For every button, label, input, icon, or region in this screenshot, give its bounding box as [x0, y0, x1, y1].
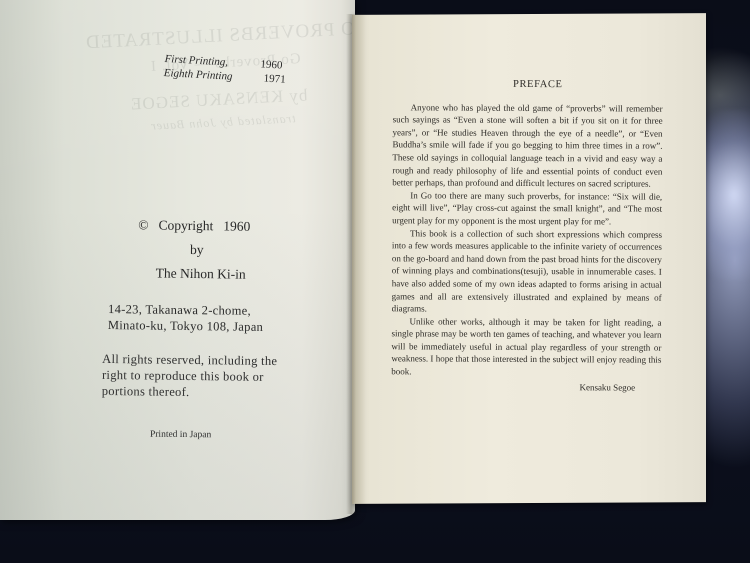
- copyright-year: 1960: [223, 214, 250, 238]
- rights-notice: All rights reserved, including the right…: [102, 351, 278, 401]
- publisher-address: 14-23, Takanawa 2-chome, Minato-ku, Toky…: [108, 301, 264, 335]
- bleed-through-text: by KENSAKU SEGOE: [130, 85, 308, 114]
- printing-label: Eighth Printing: [163, 66, 264, 86]
- copyright-notice: © Copyright 1960 by The Nihon Ki-in: [138, 213, 251, 287]
- copyright-line: © Copyright 1960: [138, 213, 250, 239]
- rights-line: portions thereof.: [102, 383, 277, 401]
- preface-paragraph: This book is a collection of such short …: [392, 227, 662, 317]
- printing-year: 1960: [260, 57, 283, 72]
- copyright-by: by: [138, 237, 250, 263]
- address-line: Minato-ku, Tokyo 108, Japan: [108, 317, 263, 335]
- printed-in: Printed in Japan: [150, 430, 211, 441]
- printing-year: 1971: [263, 72, 286, 87]
- preface-paragraph: Anyone who has played the old game of “p…: [392, 101, 662, 191]
- preface-paragraph: In Go too there are many such proverbs, …: [392, 189, 662, 228]
- preface-paragraph: Unlike other works, although it may be t…: [391, 315, 661, 379]
- printing-history: First Printing, 1960 Eighth Printing 197…: [163, 52, 286, 87]
- preface: PREFACE Anyone who has played the old ga…: [391, 78, 663, 394]
- address-line: 14-23, Takanawa 2-chome,: [108, 301, 263, 319]
- bleed-through-text: Go Proverbs — Vol. I: [150, 51, 301, 76]
- printing-row: First Printing, 1960: [164, 52, 287, 73]
- author-signature: Kensaku Segoe: [391, 380, 661, 394]
- preface-title: PREFACE: [393, 78, 663, 92]
- rights-line: right to reproduce this book or: [102, 367, 277, 385]
- bleed-through-text: translated by John Bauer: [150, 111, 296, 134]
- left-page: GO PROVERBS ILLUSTRATED Go Proverbs — Vo…: [0, 0, 355, 520]
- book-spine: [346, 14, 356, 514]
- copyright-label: Copyright: [158, 214, 213, 239]
- printing-label: First Printing,: [164, 52, 261, 71]
- bleed-through-text: GO PROVERBS ILLUSTRATED: [85, 18, 371, 55]
- rights-line: All rights reserved, including the: [102, 351, 277, 369]
- publisher-name: The Nihon Ki-in: [138, 261, 250, 287]
- printing-row: Eighth Printing 1971: [163, 66, 286, 87]
- copyright-icon: ©: [138, 213, 149, 237]
